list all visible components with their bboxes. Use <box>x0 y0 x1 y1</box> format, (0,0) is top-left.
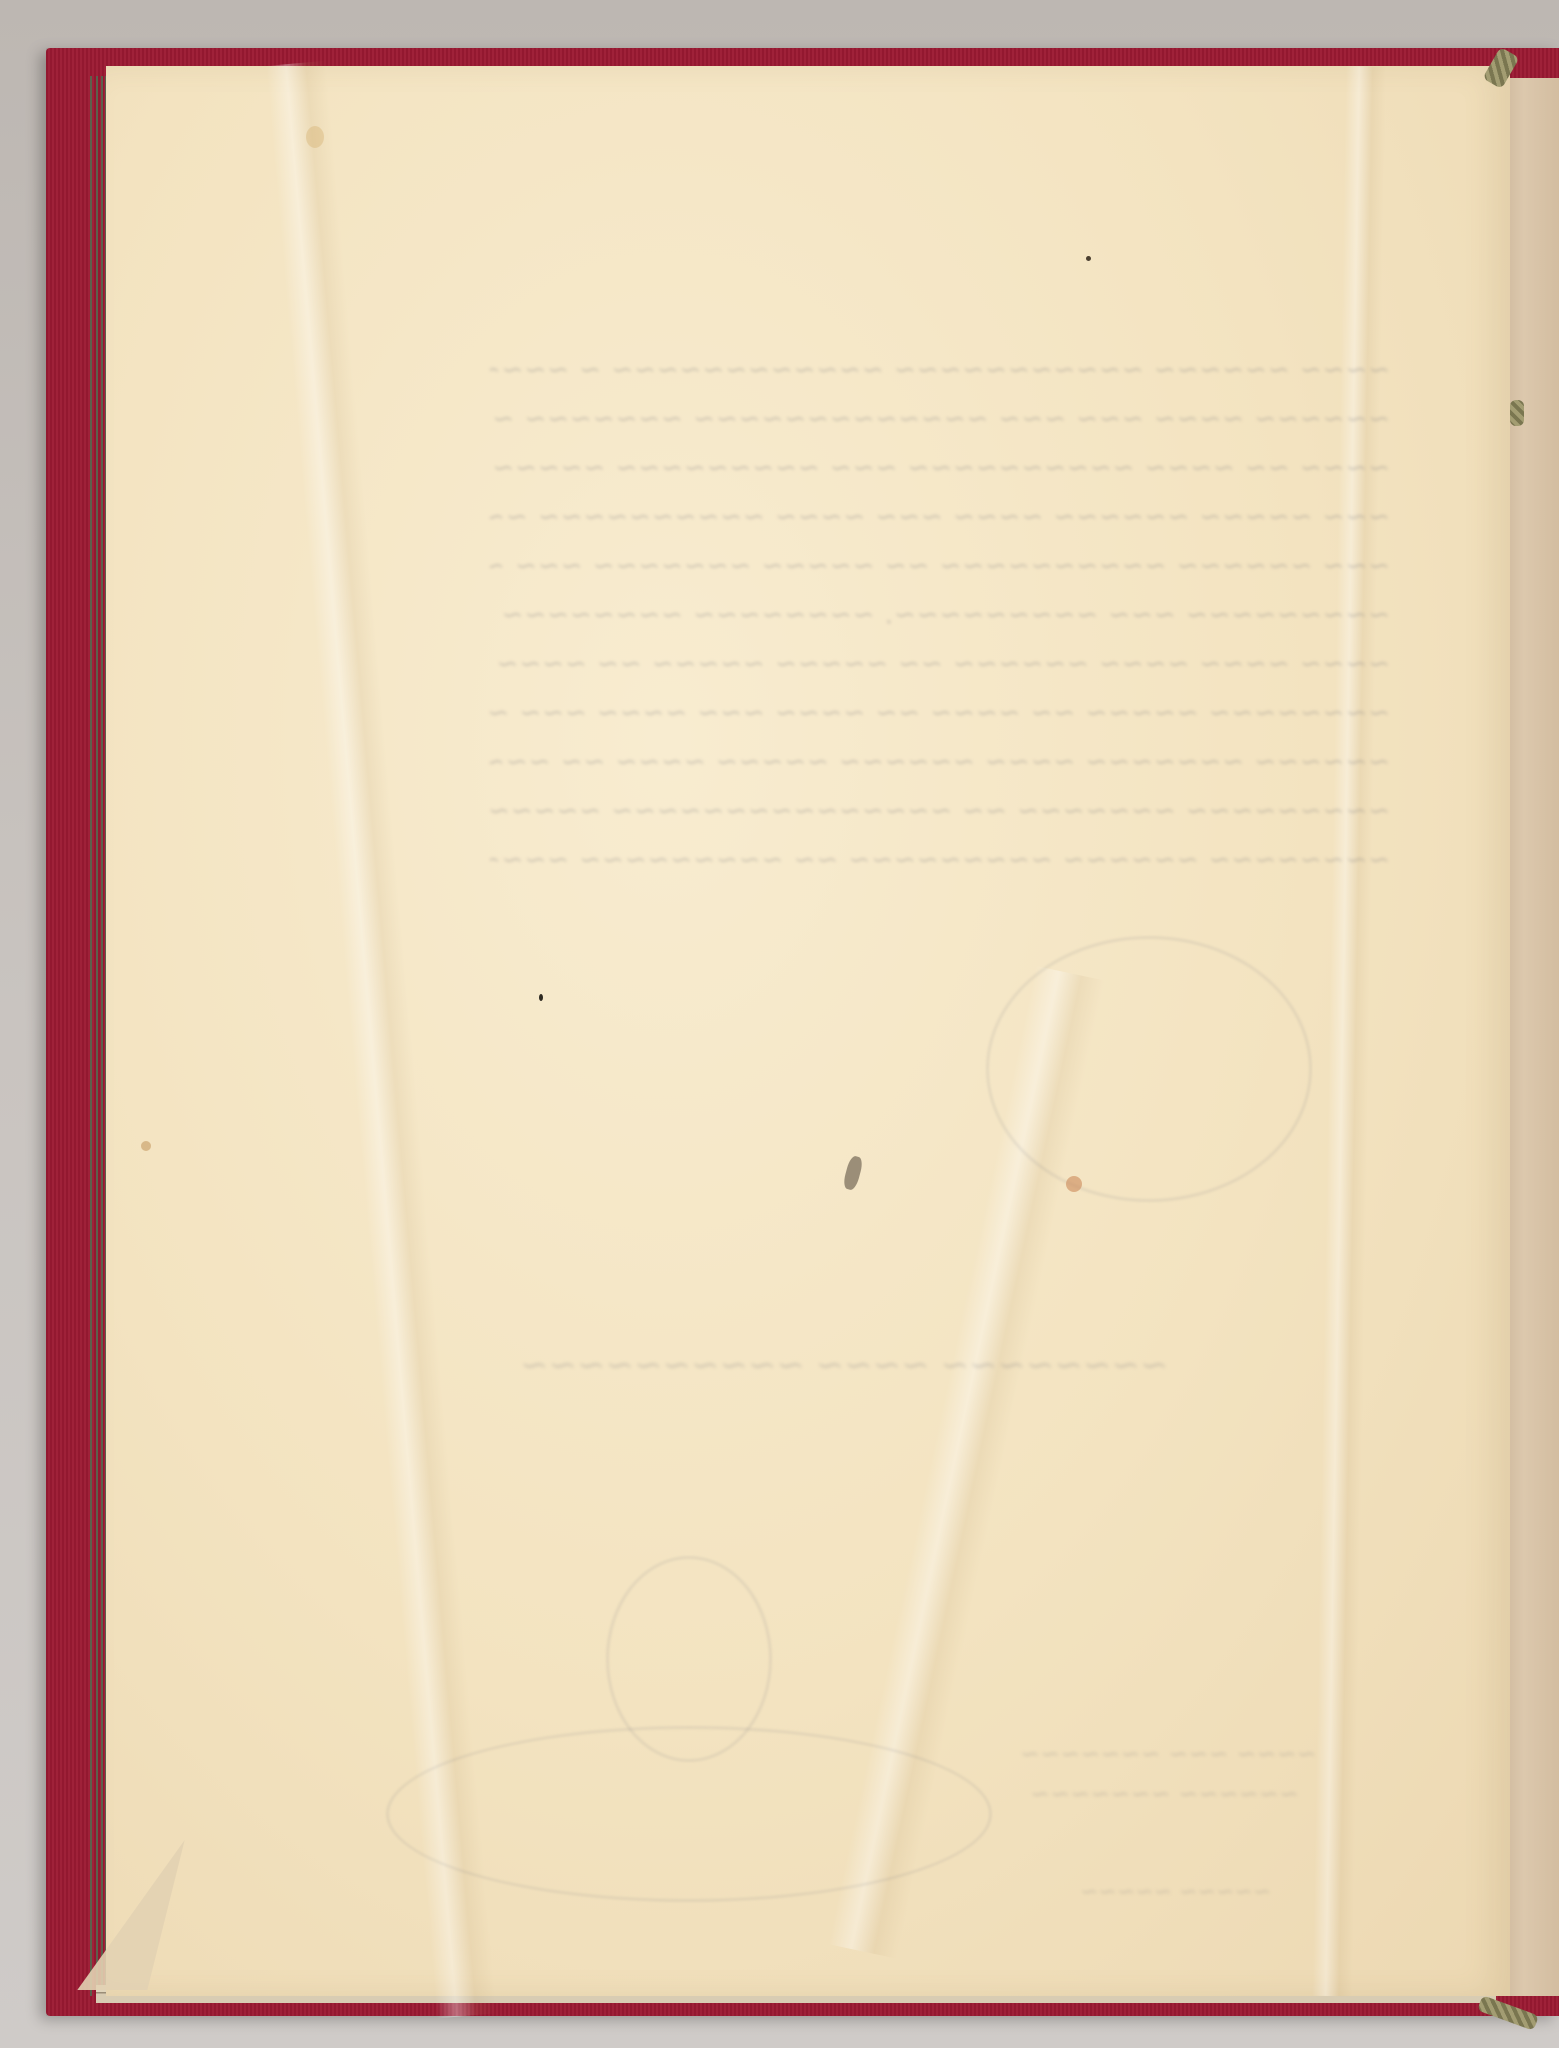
show-through-line: ~~~~ ~~~~~~ ~~~~~~~~~~~ ~~~~~~~~~~~~ ~ ~… <box>490 355 1390 404</box>
show-through-line: ~~~~~~ ~~~~~~~ ~~~~ ~~~~~~ ~~~~~ ~~~~ ~~… <box>490 747 1390 796</box>
paper-crease <box>266 61 497 2019</box>
foxing-spot <box>306 126 324 148</box>
show-through-note: ~~~~~~ ~~~~~~~ <box>1030 1780 1299 1808</box>
ink-smudge <box>842 1155 864 1191</box>
show-through-note: ~~~~ ~~~ ~~~~~~~ <box>1020 1740 1317 1768</box>
dark-speck <box>539 994 543 1001</box>
show-through-text-block: ~~~~ ~~~~~~ ~~~~~~~~~~~ ~~~~~~~~~~~~ ~ ~… <box>490 355 1390 894</box>
show-through-flourish <box>986 936 1312 1202</box>
show-through-line: ~~~ ~~~~~~ ~~~~~~~~~~ ~~ ~~~~~ ~~~~~~~ ~… <box>490 551 1390 600</box>
brown-stain <box>1066 1176 1082 1192</box>
show-through-flourish <box>606 1556 772 1762</box>
show-through-line: ~~~~~~ ~~~~ ~~~ ~~~ ~~~~~~~~~~~~~ ~~~~~~… <box>490 404 1390 453</box>
show-through-line: ~~~ ~~~~~ ~~~~~~ ~~~~ ~~~ ~~~~ ~~~~~~~~~… <box>490 502 1390 551</box>
show-through-signature: ~~~~~~~~ ~~~~ ~~~~~~~~~~ <box>520 1345 1168 1385</box>
show-through-line: ~~~~ ~~~~ ~~~~ ~~~~~~ ~~ ~~~~~ ~~~~~ ~~ … <box>490 649 1390 698</box>
show-through-line: ~~~~~~~~~ ~~~~~~~ ~~ ~~~~~~~~~~~~~~~ ~~~… <box>490 796 1390 845</box>
show-through-line: ~~~~~~~~~ ~~~ ~~~~~~~~~. ~~~~~~~~ ~~~~~~… <box>490 600 1390 649</box>
show-through-line: ~~~~~~~~ ~~~~~~ ~~~~~~~~~ ~~ ~~~~~~~~~ ~… <box>490 845 1390 894</box>
show-through-note: ~~~~~ ~~~~~ <box>1080 1880 1271 1905</box>
foxing-spot <box>141 1141 151 1151</box>
dark-speck <box>1086 256 1091 261</box>
show-through-line: ~~~~~~~~ ~~~~~ ~~ ~~~~ ~~ ~~~~ ~~~ ~~~~ … <box>490 698 1390 747</box>
show-through-line: ~~~~ ~~ ~~~~ ~~~~~~~~~~ ~~~ ~~~~~~~~~ ~~… <box>490 453 1390 502</box>
binding-cord-knot <box>1510 400 1524 426</box>
